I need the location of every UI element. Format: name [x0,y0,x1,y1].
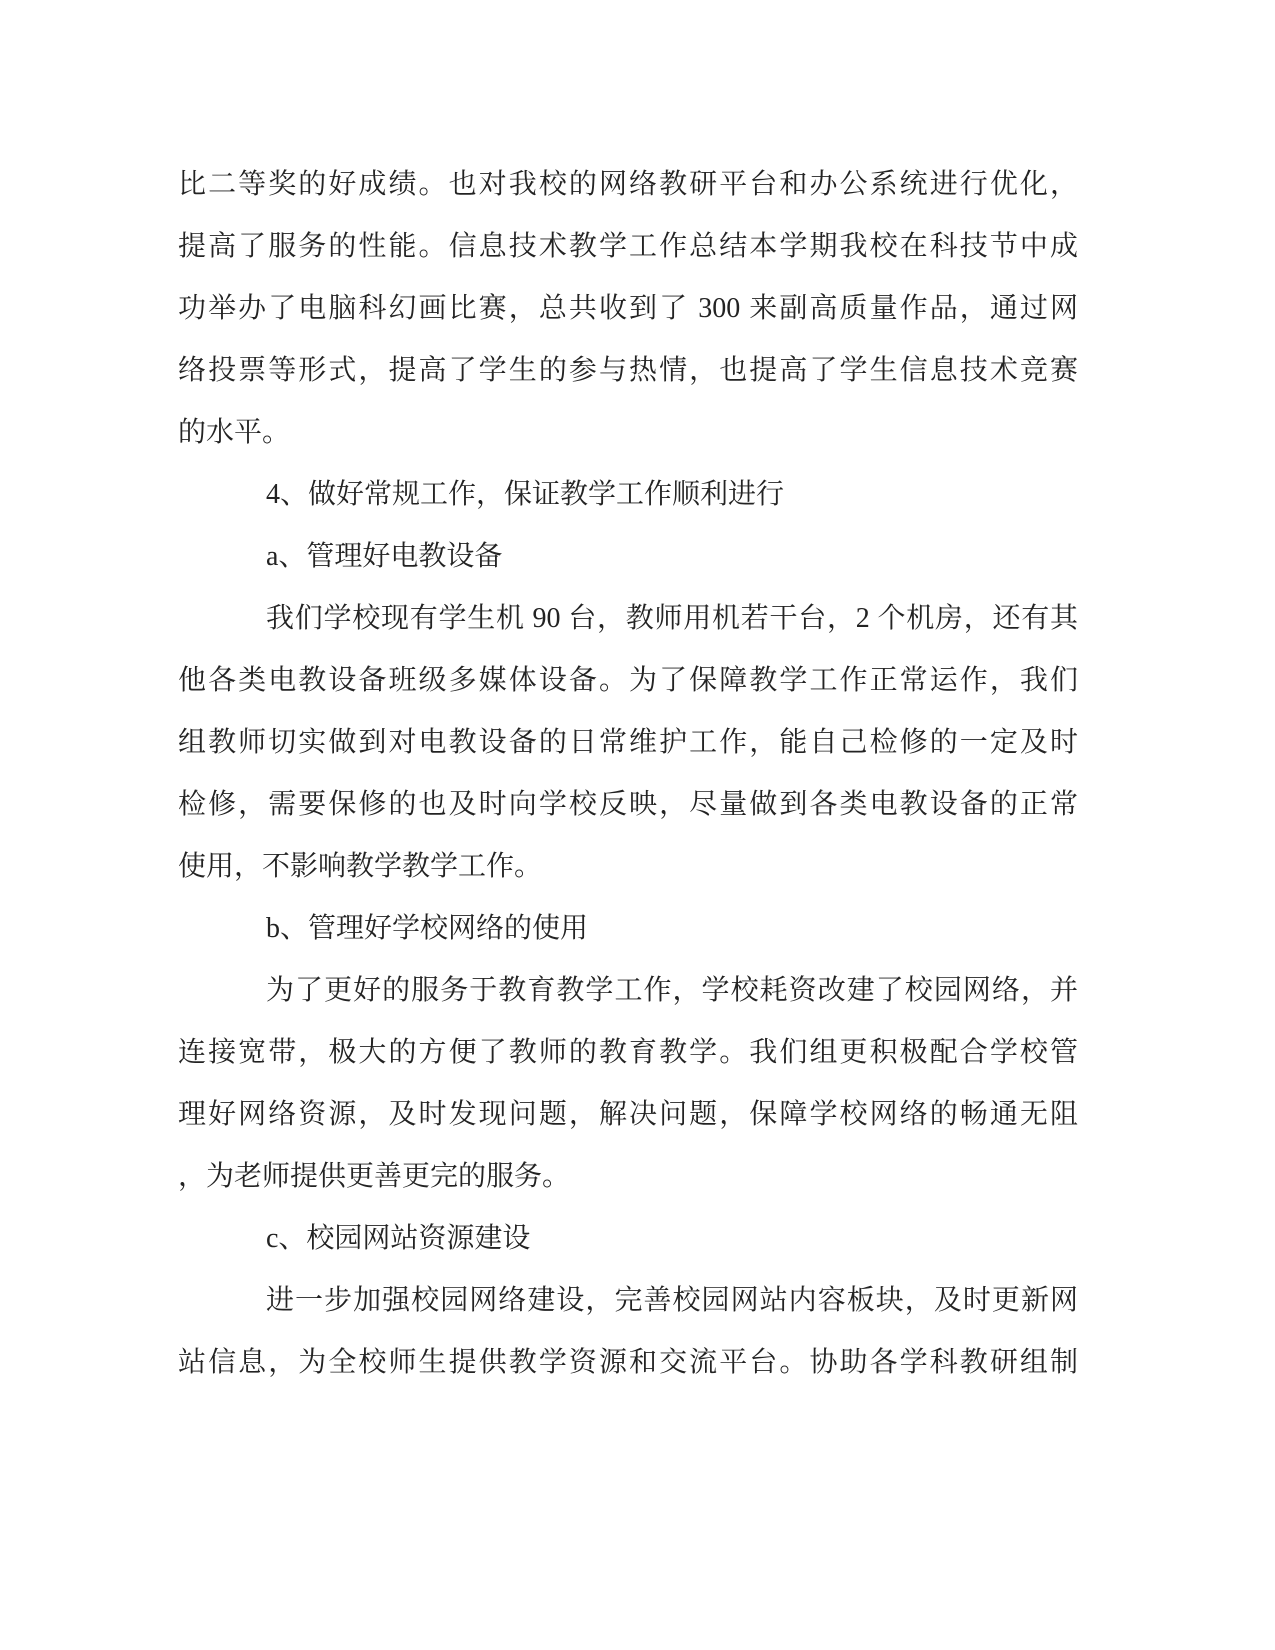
text-line: a、管理好电教设备 [178,526,1078,588]
text-line: 检修，需要保修的也及时向学校反映，尽量做到各类电教设备的正常 [178,774,1078,836]
text-line: 使用，不影响教学教学工作。 [178,836,1078,898]
text-line: 理好网络资源，及时发现问题，解决问题，保障学校网络的畅通无阻 [178,1084,1078,1146]
text-line: 提高了服务的性能。信息技术教学工作总结本学期我校在科技节中成 [178,216,1078,278]
text-line: 进一步加强校园网络建设，完善校园网站内容板块，及时更新网 [178,1270,1078,1332]
text-line: 我们学校现有学生机 90 台，教师用机若干台，2 个机房，还有其 [178,588,1078,650]
text-line: 功举办了电脑科幻画比赛，总共收到了 300 来副高质量作品，通过网 [178,278,1078,340]
text-line: 4、做好常规工作，保证教学工作顺利进行 [178,464,1078,526]
text-line: 为了更好的服务于教育教学工作，学校耗资改建了校园网络，并 [178,960,1078,1022]
text-line: b、管理好学校网络的使用 [178,898,1078,960]
text-line: 他各类电教设备班级多媒体设备。为了保障教学工作正常运作，我们 [178,650,1078,712]
text-line: ，为老师提供更善更完的服务。 [178,1146,1078,1208]
text-line: 站信息，为全校师生提供教学资源和交流平台。协助各学科教研组制 [178,1332,1078,1394]
document-text-block: 比二等奖的好成绩。也对我校的网络教研平台和办公系统进行优化，提高了服务的性能。信… [178,154,1078,1394]
text-line: 组教师切实做到对电教设备的日常维护工作，能自己检修的一定及时 [178,712,1078,774]
text-line: c、校园网站资源建设 [178,1208,1078,1270]
text-line: 络投票等形式，提高了学生的参与热情，也提高了学生信息技术竞赛 [178,340,1078,402]
text-line: 比二等奖的好成绩。也对我校的网络教研平台和办公系统进行优化， [178,154,1078,216]
text-line: 的水平。 [178,402,1078,464]
text-line: 连接宽带，极大的方便了教师的教育教学。我们组更积极配合学校管 [178,1022,1078,1084]
document-page: 比二等奖的好成绩。也对我校的网络教研平台和办公系统进行优化，提高了服务的性能。信… [0,0,1275,1650]
